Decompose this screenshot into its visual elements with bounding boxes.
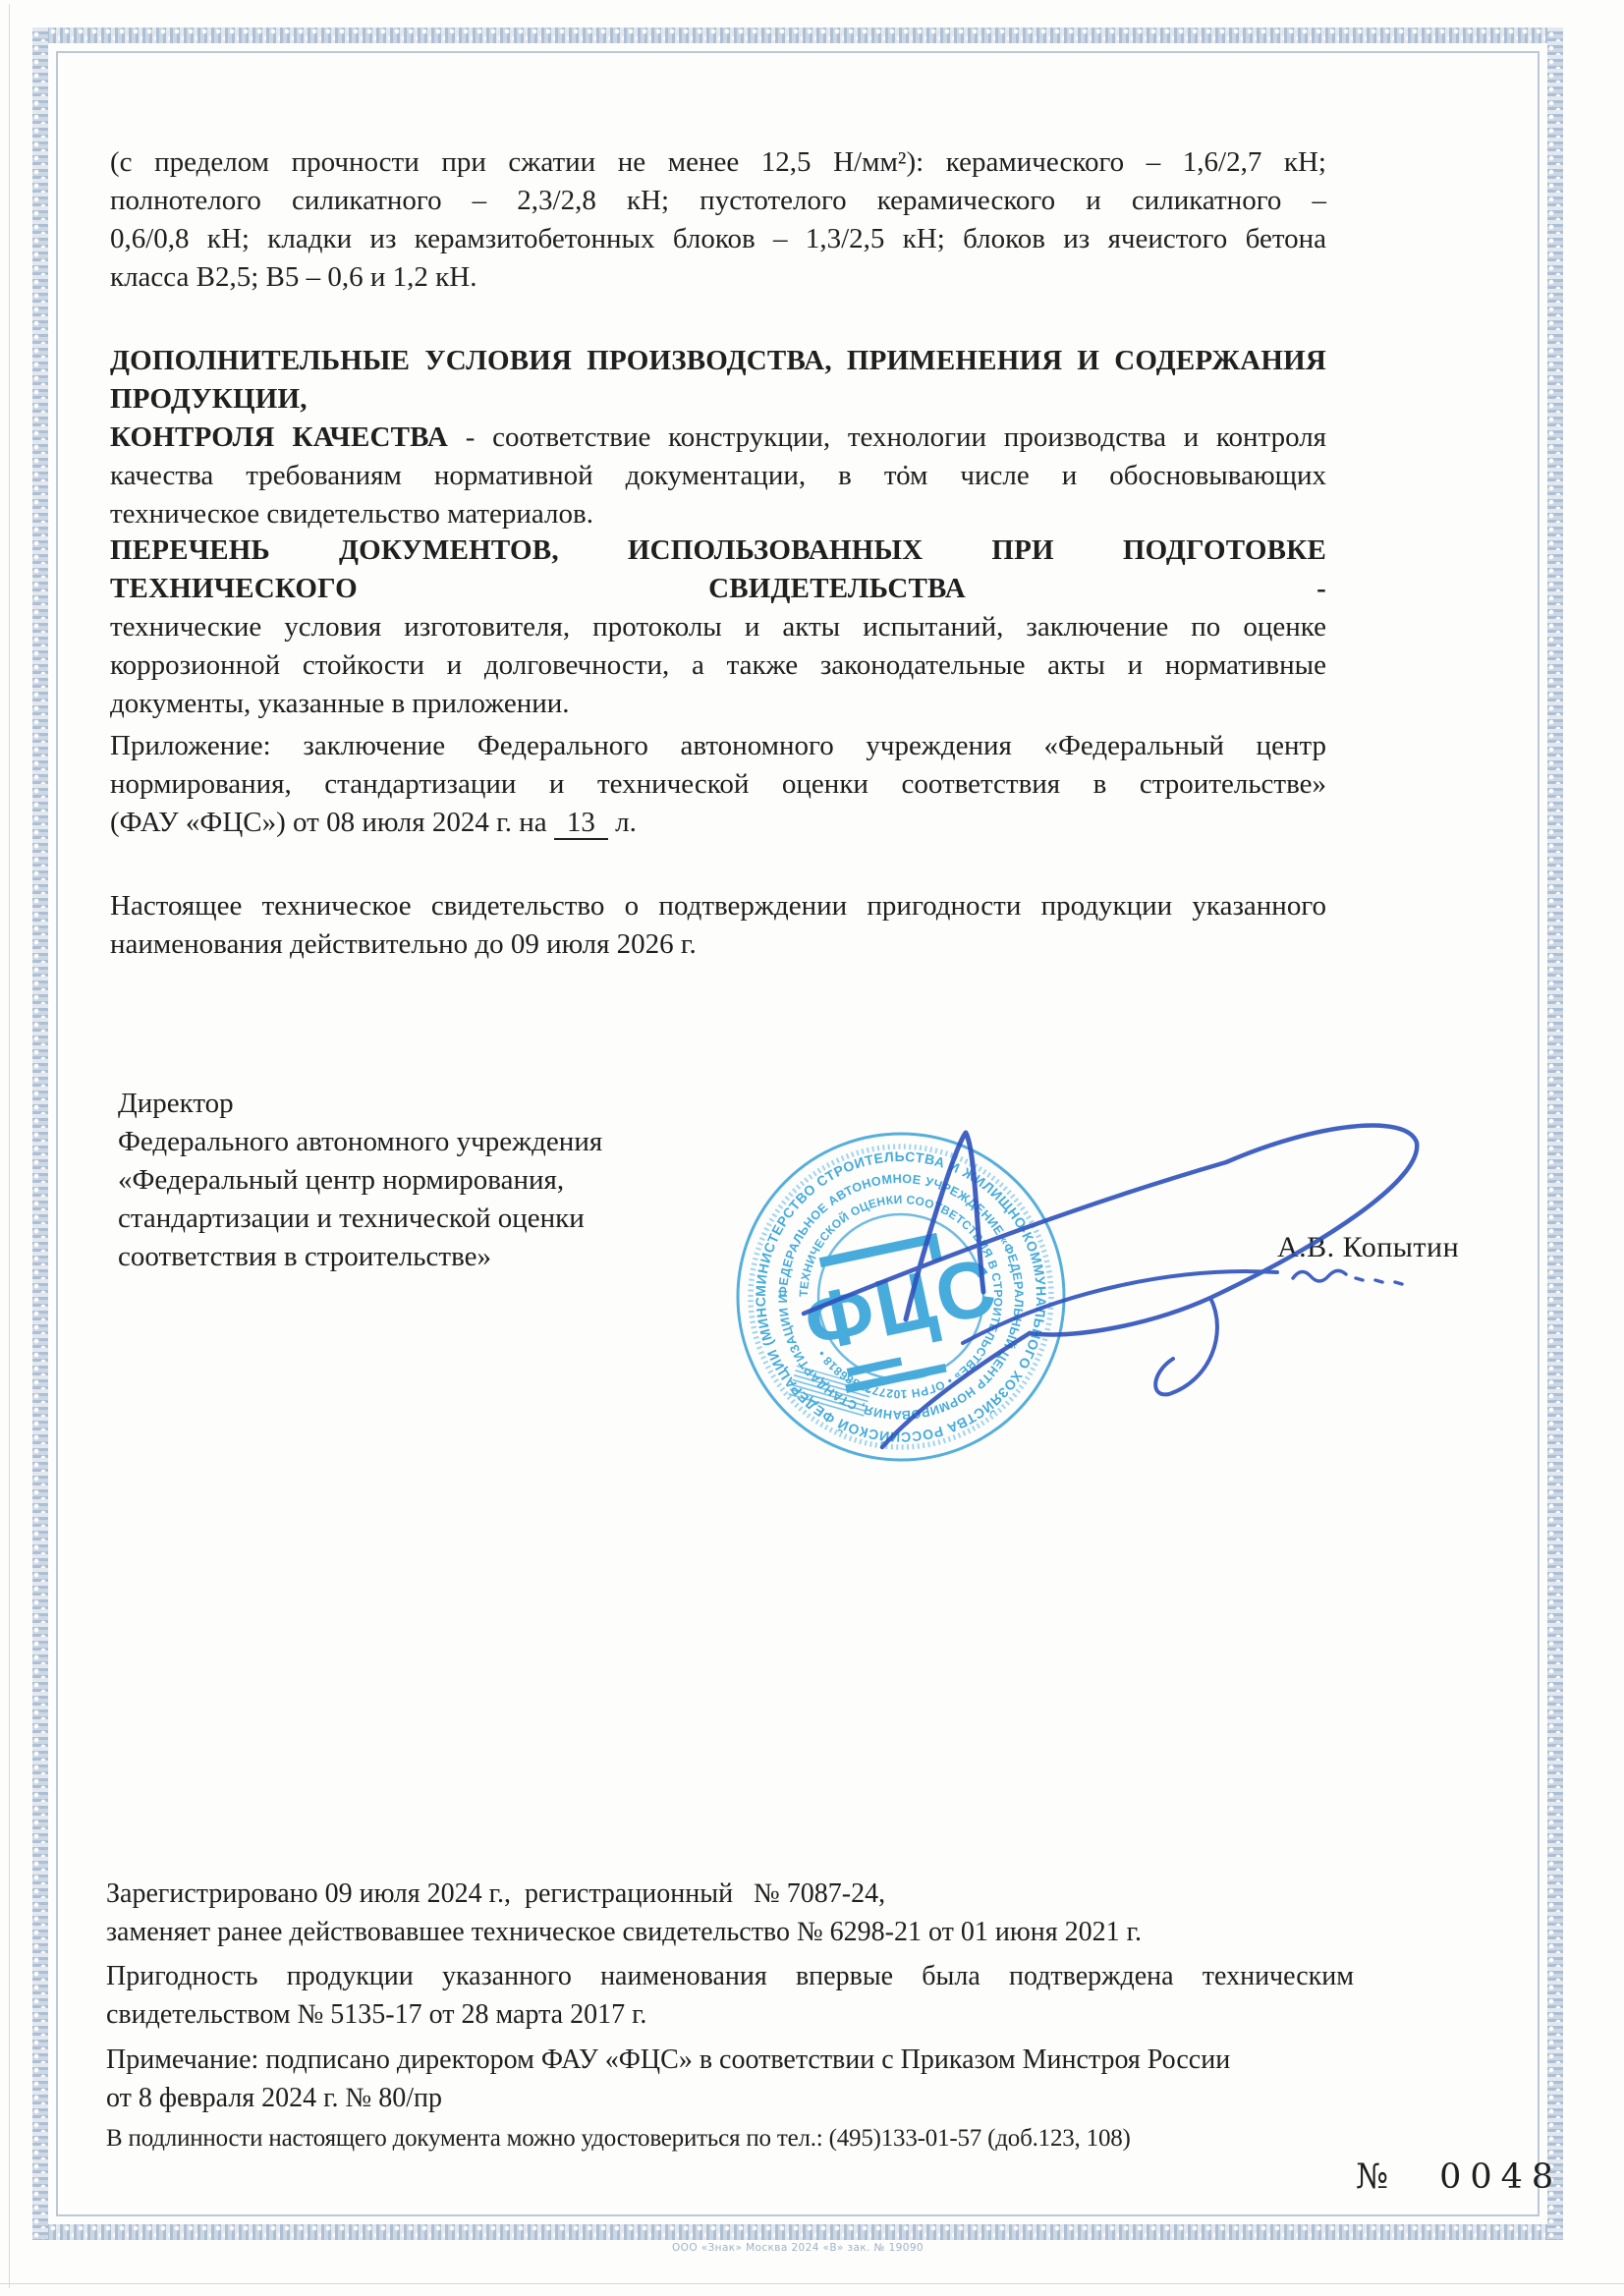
text-line: Пригодность продукции указанного наимено… [106,1957,1354,1995]
text-line: заменяет ранее действовавшее техническое… [106,1913,1354,1951]
paragraph-attachment: Приложение: заключение Федерального авто… [110,727,1326,842]
first-confirmation-record: Пригодность продукции указанного наимено… [106,1957,1354,2034]
blank-number-sign: № [1356,2157,1388,2197]
printing-house-note: ООО «Знак» Москва 2024 «В» зак. № 19090 [32,2242,1563,2254]
text-line: Настоящее техническое свидетельство о по… [110,887,1326,925]
text-line: нормирования, стандартизации и техническ… [110,765,1326,804]
border-bottom [32,2224,1563,2240]
note-record: Примечание: подписано директором ФАУ «ФЦ… [106,2041,1354,2117]
text-line: класса В2,5; В5 – 0,6 и 1,2 кН. [110,258,1326,297]
text-line: (с пределом прочности при сжатии не мене… [110,143,1326,182]
text-line: Федерального автономного учреждения [118,1123,806,1161]
signature-stroke-peak [906,1133,983,1319]
text-line: Зарегистрировано 09 июля 2024 г., регист… [106,1875,1354,1913]
text-line: ПЕРЕЧЕНЬ ДОКУМЕНТОВ, ИСПОЛЬЗОВАННЫХ ПРИ … [110,532,1326,608]
text-line: соответствия в строительстве» [118,1238,806,1276]
blank-number: № 0048 [1356,2157,1562,2197]
text-line: качества требованиям нормативной докумен… [110,457,1326,495]
blank-number-digits: 0048 [1439,2157,1562,2197]
text-line: (ФАУ «ФЦС») от 08 июля 2024 г. на 13 л. [110,804,1326,842]
signature-stroke-hook [1155,1298,1217,1394]
page-scan-edge-bottom [0,2283,1624,2284]
signature-stroke-cross [963,1271,1277,1343]
text-line: от 8 февраля 2024 г. № 80/пр [106,2079,1354,2117]
signature-stroke-dots [1356,1278,1402,1284]
scanned-certificate-page: { "colors": { "stamp_blue": "#3aa5d9", "… [0,0,1624,2296]
border-right [1547,28,1563,2240]
paragraph-strength-values: (с пределом прочности при сжатии не мене… [110,143,1326,297]
underlined-sheet-count: 13 [554,807,608,840]
handwritten-signature [766,1086,1474,1508]
text-line: ДОПОЛНИТЕЛЬНЫЕ УСЛОВИЯ ПРОИЗВОДСТВА, ПРИ… [110,342,1326,419]
text-line: «Федеральный центр нормирования, [118,1161,806,1200]
authenticity-phone-note: В подлинности настоящего документа можно… [106,2125,1383,2153]
scan-artifact-dot: . [902,444,909,476]
paragraph-documents-list: ПЕРЕЧЕНЬ ДОКУМЕНТОВ, ИСПОЛЬЗОВАННЫХ ПРИ … [110,532,1326,723]
paragraph-validity: Настоящее техническое свидетельство о по… [110,887,1326,964]
text-line: КОНТРОЛЯ КАЧЕСТВА - соответствие констру… [110,419,1326,457]
page-scan-edge-left [9,4,10,2288]
signature-stroke-squiggle [1293,1270,1346,1281]
text-line: Приложение: заключение Федерального авто… [110,727,1326,765]
text-line: полнотелого силикатного – 2,3/2,8 кН; пу… [110,182,1326,220]
signature-stroke-main-loop [804,1126,1417,1335]
text-line: стандартизации и технической оценки [118,1200,806,1238]
paragraph-additional-conditions: ДОПОЛНИТЕЛЬНЫЕ УСЛОВИЯ ПРОИЗВОДСТВА, ПРИ… [110,342,1326,533]
text-line: технические условия изготовителя, проток… [110,608,1326,646]
registration-record: Зарегистрировано 09 июля 2024 г., регист… [106,1875,1354,1951]
border-top [32,28,1563,43]
text-line: техническое свидетельство материалов. [110,495,1326,533]
text-line: Примечание: подписано директором ФАУ «ФЦ… [106,2041,1354,2079]
text-line: документы, указанные в приложении. [110,685,1326,723]
text-line: 0,6/0,8 кН; кладки из керамзитобетонных … [110,220,1326,258]
border-left [32,28,48,2240]
text-line: наименования действительно до 09 июля 20… [110,925,1326,964]
signature-stroke-descender [882,1333,1030,1447]
text-line: свидетельством № 5135-17 от 28 марта 201… [106,1995,1354,2034]
signatory-title: ДиректорФедерального автономного учрежде… [118,1085,806,1276]
text-line: коррозионной стойкости и долговечности, … [110,646,1326,685]
text-line: Директор [118,1085,806,1123]
